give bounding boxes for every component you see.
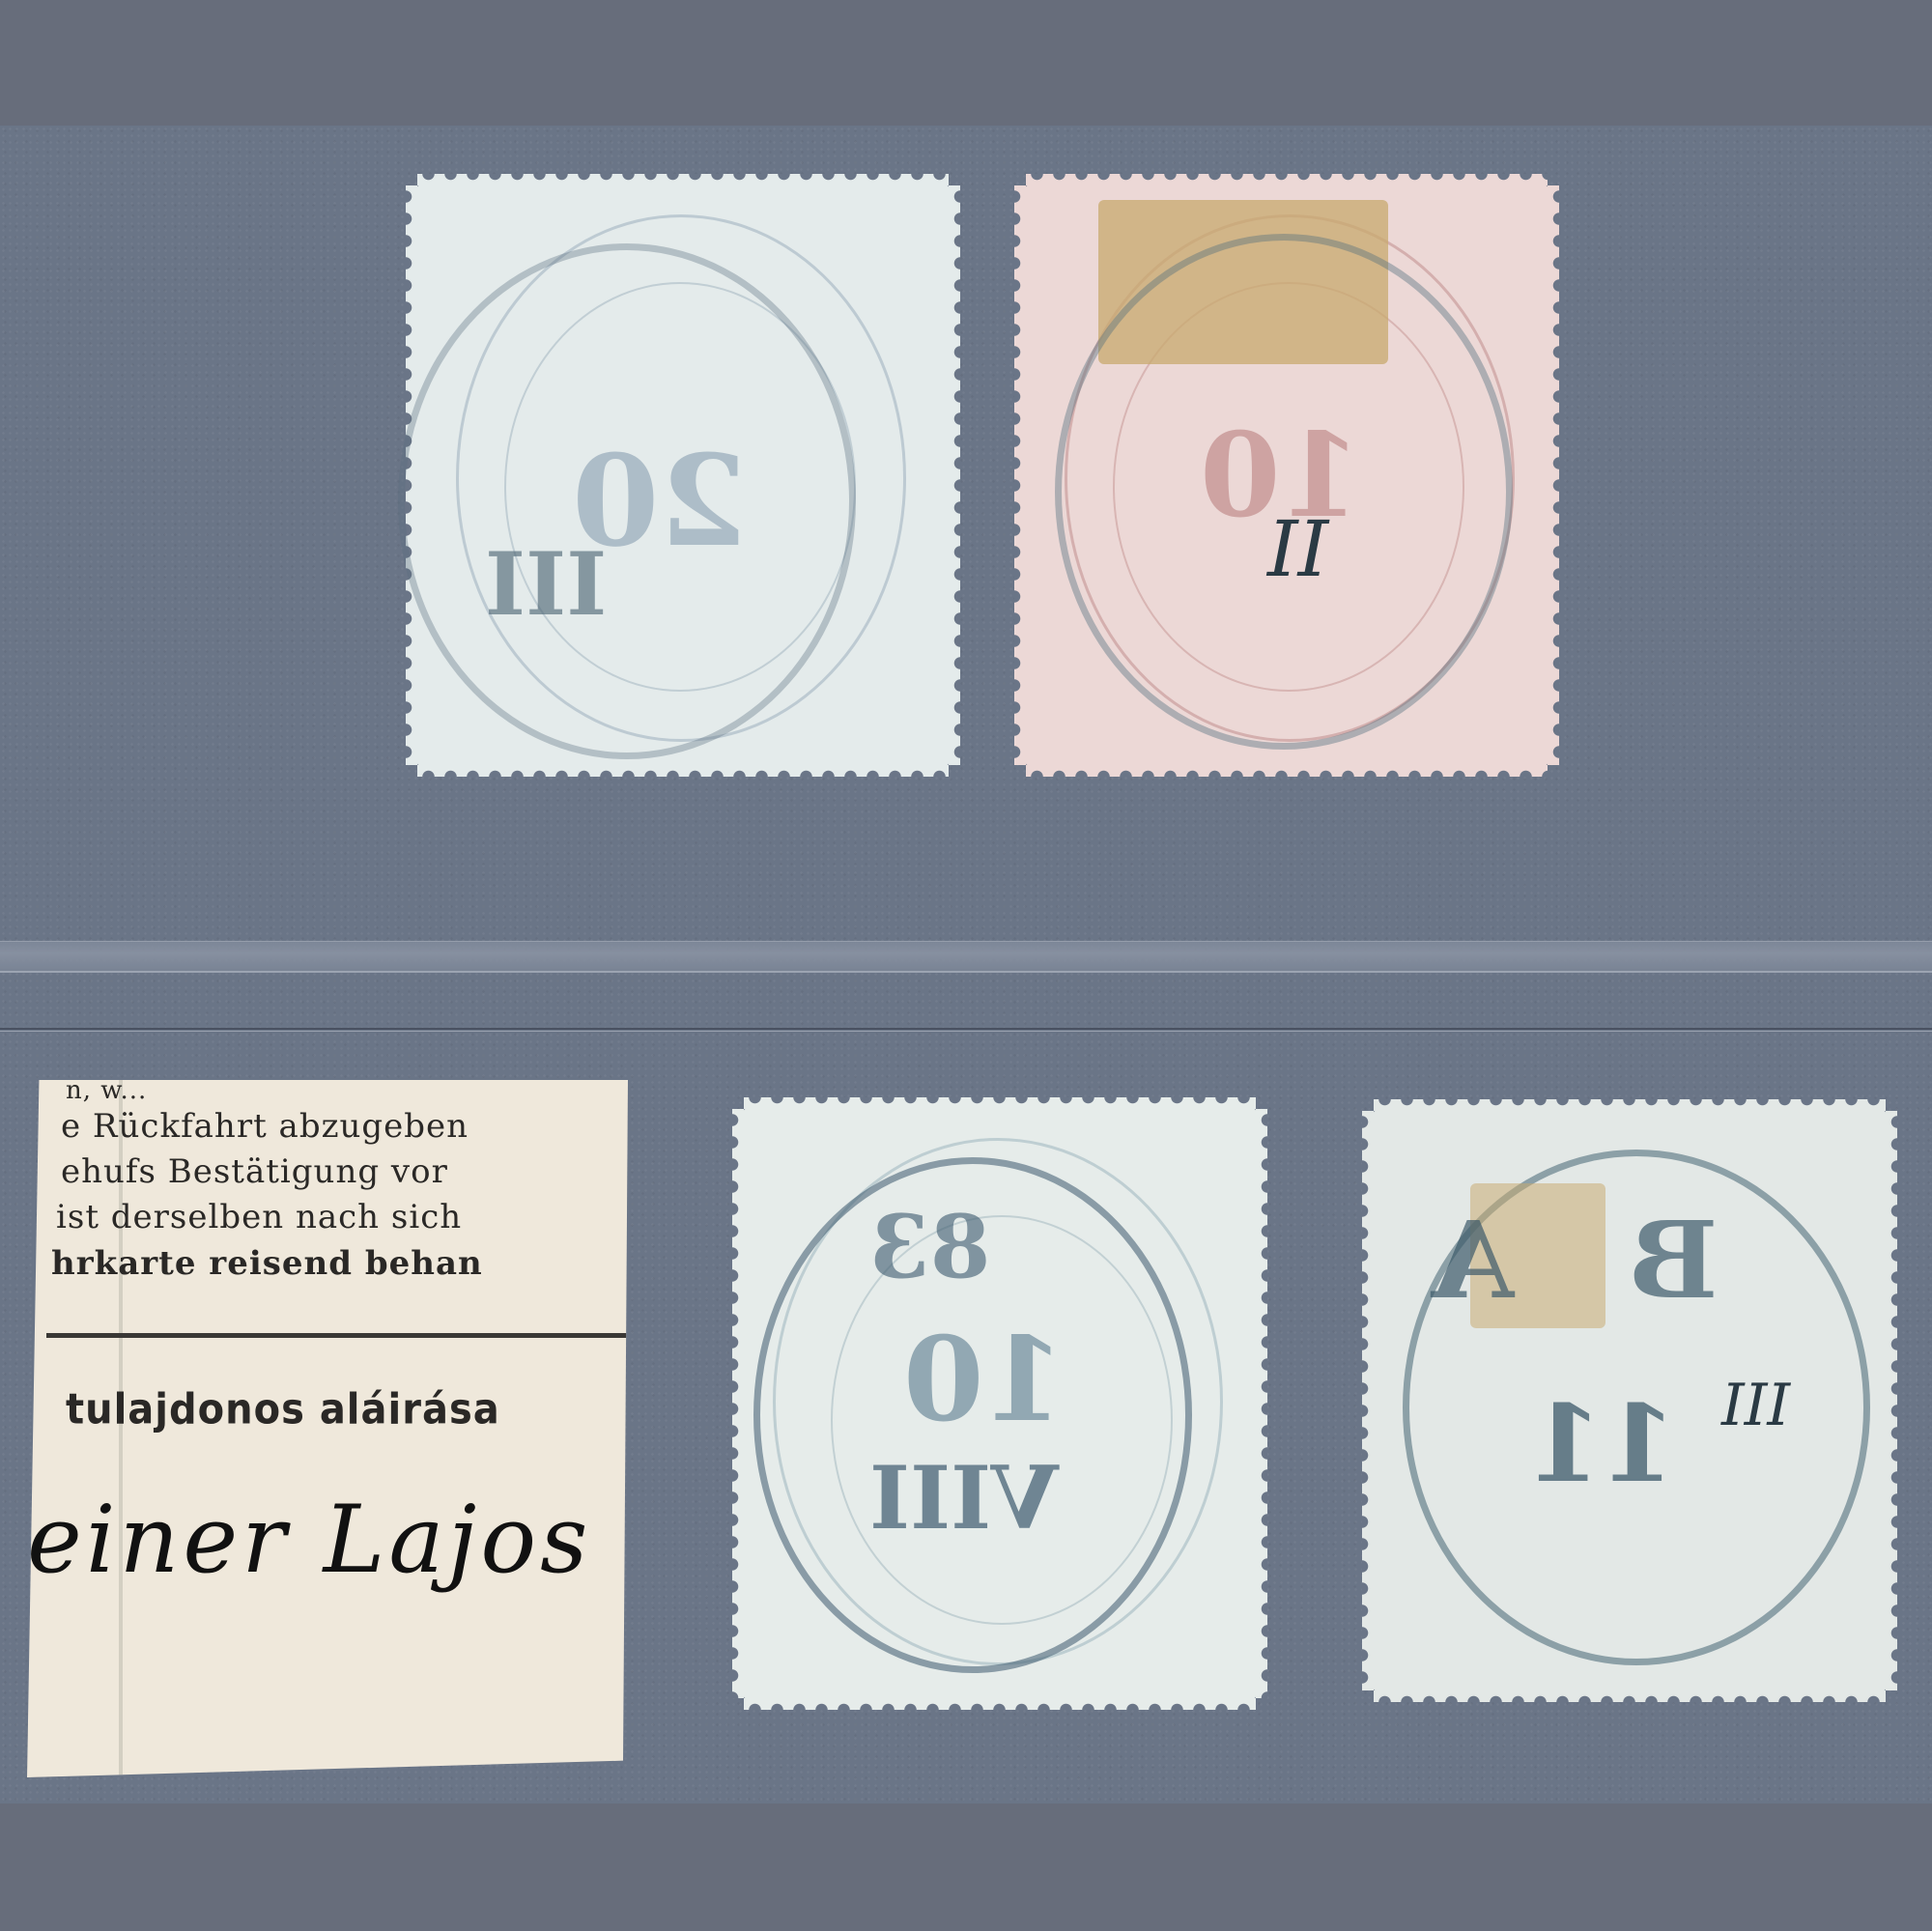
cancel-date: 83: [869, 1196, 990, 1298]
cancel-letters: B A: [1393, 1198, 1719, 1322]
stamp-value: 10: [903, 1312, 1065, 1448]
cancel-mark: III: [485, 533, 607, 636]
stamp-top-left: 20 III: [417, 185, 949, 765]
handwritten-signature: einer Lajos: [27, 1486, 591, 1594]
stamp-bottom-middle: 83 10 VIII: [744, 1109, 1256, 1698]
signature-label: tulajdonos aláirása: [66, 1385, 500, 1434]
stamp-top-right: 10 II: [1026, 185, 1548, 765]
stamp-bottom-right: B A 11 III: [1374, 1111, 1886, 1690]
doc-line-4: ist derselben nach sich: [56, 1198, 462, 1236]
doc-line-3: ehufs Bestätigung vor: [61, 1152, 448, 1191]
ticket-fragment: n, w... e Rückfahrt abzugeben ehufs Best…: [27, 1080, 628, 1777]
doc-line-2: e Rückfahrt abzugeben: [61, 1107, 469, 1146]
doc-rule: [46, 1333, 628, 1338]
strip-edge-highlight: [0, 1031, 1932, 1032]
cancel-mark: VIII: [869, 1447, 1059, 1549]
doc-line-1: n, w...: [66, 1076, 147, 1105]
cancel-mark: 11: [1528, 1381, 1676, 1506]
strip-edge: [0, 1028, 1932, 1030]
doc-line-5: hrkarte reisend behan: [51, 1244, 483, 1283]
pen-mark: III: [1721, 1372, 1790, 1439]
clear-strip: [0, 941, 1932, 973]
pen-mark: II: [1267, 504, 1328, 594]
